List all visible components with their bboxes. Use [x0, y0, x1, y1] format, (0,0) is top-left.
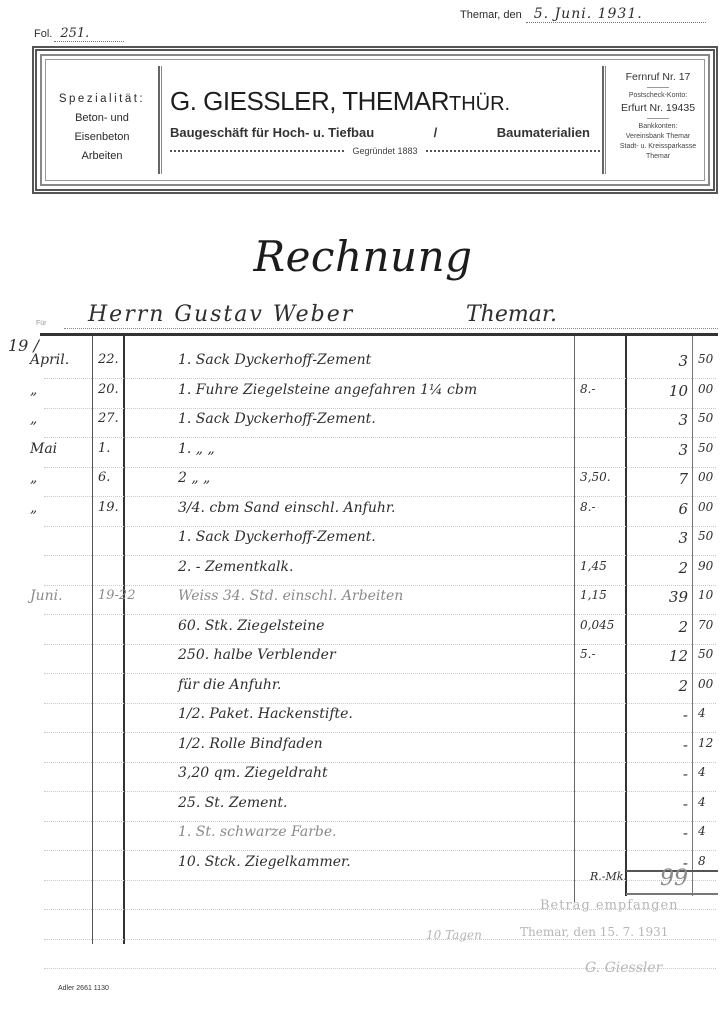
payment-terms: 10 Tagen	[426, 928, 482, 942]
ruled-line	[44, 614, 716, 615]
ruled-line	[44, 408, 716, 409]
ruled-line	[44, 762, 716, 763]
ruled-line	[44, 437, 716, 438]
table-row: 25. St. Zement. - 4	[0, 795, 726, 821]
item-amount-pfennig: 00	[698, 382, 726, 396]
item-amount-mark: 3	[630, 411, 688, 429]
item-unit-price: 8.-	[580, 500, 624, 514]
letterhead-inner-frame: Spezialität: Beton- und Eisenbeton Arbei…	[45, 59, 705, 181]
total-amount: 99	[660, 866, 688, 891]
item-amount-pfennig: 50	[698, 647, 726, 661]
item-month: „	[30, 382, 90, 398]
form-code: Adler 2661 1130	[58, 985, 109, 992]
item-unit-price: 3,50.	[580, 470, 624, 484]
item-amount-pfennig: 50	[698, 352, 726, 366]
business-separator: /	[434, 125, 438, 140]
item-amount-mark: 3	[630, 352, 688, 370]
document-title: Rechnung	[0, 232, 726, 281]
item-description: 1/2. Rolle Bindfaden	[178, 736, 323, 752]
ruled-line	[44, 850, 716, 851]
table-row: 2. - Zementkalk. 1,45 2 90	[0, 559, 726, 585]
stamp-place-date: Themar, den 15. 7. 1931	[520, 925, 668, 939]
item-description: 250. halbe Verblender	[178, 647, 336, 663]
specialty-title: Spezialität:	[48, 90, 156, 109]
item-amount-pfennig: 8	[698, 854, 726, 868]
business-materials: Baumaterialien	[497, 125, 590, 140]
table-row: „ 27. 1. Sack Dyckerhoff-Zement. 3 50	[0, 411, 726, 437]
item-description: 2. - Zementkalk.	[178, 559, 293, 575]
table-row: Juni. 19-22 Weiss 34. Std. einschl. Arbe…	[0, 588, 726, 614]
table-row: „ 19. 3/4. cbm Sand einschl. Anfuhr. 8.-…	[0, 500, 726, 526]
item-description: 1/2. Paket. Hackenstifte.	[178, 706, 353, 722]
item-amount-mark: -	[630, 706, 688, 724]
item-description: 10. Stck. Ziegelkammer.	[178, 854, 351, 870]
item-amount-mark: 2	[630, 618, 688, 636]
recipient-prefix: Für	[36, 320, 47, 327]
bank-3: Themar	[606, 152, 710, 162]
invoice-date: 5. Juni. 1931.	[526, 6, 706, 23]
item-amount-mark: 3	[630, 441, 688, 459]
phone-number: Fernruf Nr. 17	[606, 70, 710, 84]
place-date-field: Themar, den5. Juni. 1931.	[460, 6, 706, 23]
table-row: 1. Sack Dyckerhoff-Zement. 3 50	[0, 529, 726, 555]
bank-1: Vereinsbank Themar	[606, 132, 710, 142]
contact-rule	[647, 118, 669, 119]
business-line: Baugeschäft für Hoch- u. Tiefbau / Bauma…	[170, 125, 600, 140]
item-description: 2 „ „	[178, 470, 210, 486]
item-amount-mark: 2	[630, 559, 688, 577]
table-row: „ 20. 1. Fuhre Ziegelsteine angefahren 1…	[0, 382, 726, 408]
item-amount-pfennig: 4	[698, 824, 726, 838]
item-description: 1. St. schwarze Farbe.	[178, 824, 337, 840]
item-description: 1. Fuhre Ziegelsteine angefahren 1¼ cbm	[178, 382, 477, 398]
item-description: 3/4. cbm Sand einschl. Anfuhr.	[178, 500, 395, 516]
ruled-line	[44, 378, 716, 379]
item-amount-pfennig: 50	[698, 411, 726, 425]
specialty-line: Arbeiten	[48, 147, 156, 166]
folio-field: Fol.251.	[34, 26, 124, 42]
bank-label: Bankkonten:	[606, 122, 710, 132]
item-amount-pfennig: 10	[698, 588, 726, 602]
item-description: 1. Sack Dyckerhoff-Zement	[178, 352, 371, 368]
item-day: 6.	[98, 470, 122, 485]
item-amount-pfennig: 50	[698, 441, 726, 455]
item-day: 19-22	[98, 588, 122, 603]
item-amount-mark: -	[630, 795, 688, 813]
item-amount-mark: 7	[630, 470, 688, 488]
sum-rule	[626, 893, 718, 895]
table-row: 1/2. Paket. Hackenstifte. - 4	[0, 706, 726, 732]
founded-line: Gegründet 1883	[170, 146, 600, 156]
contact-block: Fernruf Nr. 17 Postscheck-Konto: Erfurt …	[606, 70, 710, 162]
item-amount-mark: 12	[630, 647, 688, 665]
place-label: Themar, den	[460, 9, 522, 21]
firm-block: G. GIESSLER, THEMARTHÜR. Baugeschäft für…	[170, 86, 600, 156]
item-amount-pfennig: 00	[698, 470, 726, 484]
letterhead-divider	[158, 66, 162, 174]
item-unit-price: 5.-	[580, 647, 624, 661]
item-day: 1.	[98, 441, 122, 456]
item-amount-pfennig: 4	[698, 706, 726, 720]
firm-name: G. GIESSLER, THEMARTHÜR.	[170, 86, 600, 117]
recipient-name: Herrn Gustav Weber	[88, 302, 354, 327]
recipient-line: Für Herrn Gustav Weber Themar.	[36, 300, 718, 334]
item-amount-pfennig: 50	[698, 529, 726, 543]
item-description: 1. Sack Dyckerhoff-Zement.	[178, 529, 376, 545]
ruled-line	[44, 732, 716, 733]
item-description: für die Anfuhr.	[178, 677, 281, 693]
item-amount-mark: 39	[630, 588, 688, 606]
ruled-line	[44, 703, 716, 704]
item-description: 1. „ „	[178, 441, 215, 457]
table-row: 1. St. schwarze Farbe. - 4	[0, 824, 726, 850]
recipient-dotted-line	[64, 328, 718, 329]
item-month: April.	[30, 352, 90, 368]
specialty-line: Eisenbeton	[48, 128, 156, 147]
specialty-line: Beton- und	[48, 109, 156, 128]
item-description: Weiss 34. Std. einschl. Arbeiten	[178, 588, 403, 604]
item-day: 27.	[98, 411, 122, 426]
ruled-line	[44, 673, 716, 674]
ruled-line	[44, 555, 716, 556]
item-description: 60. Stk. Ziegelsteine	[178, 618, 324, 634]
dotted-ornament	[426, 150, 600, 152]
item-amount-mark: 3	[630, 529, 688, 547]
folio-value: 251.	[54, 26, 124, 42]
item-amount-pfennig: 90	[698, 559, 726, 573]
item-amount-mark: 2	[630, 677, 688, 695]
table-top-rule	[40, 333, 718, 336]
item-amount-pfennig: 00	[698, 677, 726, 691]
business-type: Baugeschäft für Hoch- u. Tiefbau	[170, 125, 374, 140]
item-amount-mark: -	[630, 824, 688, 842]
item-amount-pfennig: 4	[698, 795, 726, 809]
item-month: „	[30, 411, 90, 427]
firm-region: THÜR.	[449, 93, 510, 115]
item-amount-pfennig: 00	[698, 500, 726, 514]
item-unit-price: 1,45	[580, 559, 624, 573]
ruled-line	[44, 791, 716, 792]
item-amount-mark: -	[630, 736, 688, 754]
item-month: Juni.	[30, 588, 90, 604]
table-row: 60. Stk. Ziegelsteine 0,045 2 70	[0, 618, 726, 644]
payment-stamp: Betrag empfangen	[540, 898, 679, 913]
currency-label: R.-Mk.	[590, 870, 627, 883]
postal-account: Erfurt Nr. 19435	[606, 101, 710, 115]
signature: G. Giessler	[585, 960, 662, 976]
table-row: für die Anfuhr. 2 00	[0, 677, 726, 703]
item-description: 25. St. Zement.	[178, 795, 288, 811]
item-amount-mark: -	[630, 765, 688, 783]
dotted-ornament	[170, 150, 344, 152]
item-amount-pfennig: 4	[698, 765, 726, 779]
recipient-city: Themar.	[466, 302, 557, 327]
item-month: Mai	[30, 441, 90, 457]
ruled-line	[44, 585, 716, 586]
item-unit-price: 8.-	[580, 382, 624, 396]
ruled-line	[44, 821, 716, 822]
founded-text: Gegründet 1883	[352, 146, 417, 156]
item-day: 22.	[98, 352, 122, 367]
ruled-line	[44, 467, 716, 468]
item-amount-mark: 10	[630, 382, 688, 400]
item-day: 19.	[98, 500, 122, 515]
item-amount-pfennig: 12	[698, 736, 726, 750]
specialty-block: Spezialität: Beton- und Eisenbeton Arbei…	[48, 90, 156, 166]
ruled-line	[44, 496, 716, 497]
bank-2: Stadt- u. Kreissparkasse	[606, 142, 710, 152]
item-day: 20.	[98, 382, 122, 397]
item-amount-pfennig: 70	[698, 618, 726, 632]
table-row: 250. halbe Verblender 5.- 12 50	[0, 647, 726, 673]
folio-label: Fol.	[34, 28, 52, 40]
item-description: 1. Sack Dyckerhoff-Zement.	[178, 411, 376, 427]
item-unit-price: 0,045	[580, 618, 624, 632]
item-unit-price: 1,15	[580, 588, 624, 602]
item-amount-mark: 6	[630, 500, 688, 518]
letterhead: Spezialität: Beton- und Eisenbeton Arbei…	[32, 46, 718, 194]
table-row: „ 6. 2 „ „ 3,50. 7 00	[0, 470, 726, 496]
table-row: April. 22. 1. Sack Dyckerhoff-Zement 3 5…	[0, 352, 726, 378]
item-month: „	[30, 500, 90, 516]
table-row: 3,20 qm. Ziegeldraht - 4	[0, 765, 726, 791]
table-row: 1/2. Rolle Bindfaden - 12	[0, 736, 726, 762]
item-description: 3,20 qm. Ziegeldraht	[178, 765, 328, 781]
table-row: Mai 1. 1. „ „ 3 50	[0, 441, 726, 467]
ruled-line	[44, 644, 716, 645]
ruled-line	[44, 526, 716, 527]
item-month: „	[30, 470, 90, 486]
postal-label: Postscheck-Konto:	[606, 91, 710, 101]
contact-rule	[647, 87, 669, 88]
